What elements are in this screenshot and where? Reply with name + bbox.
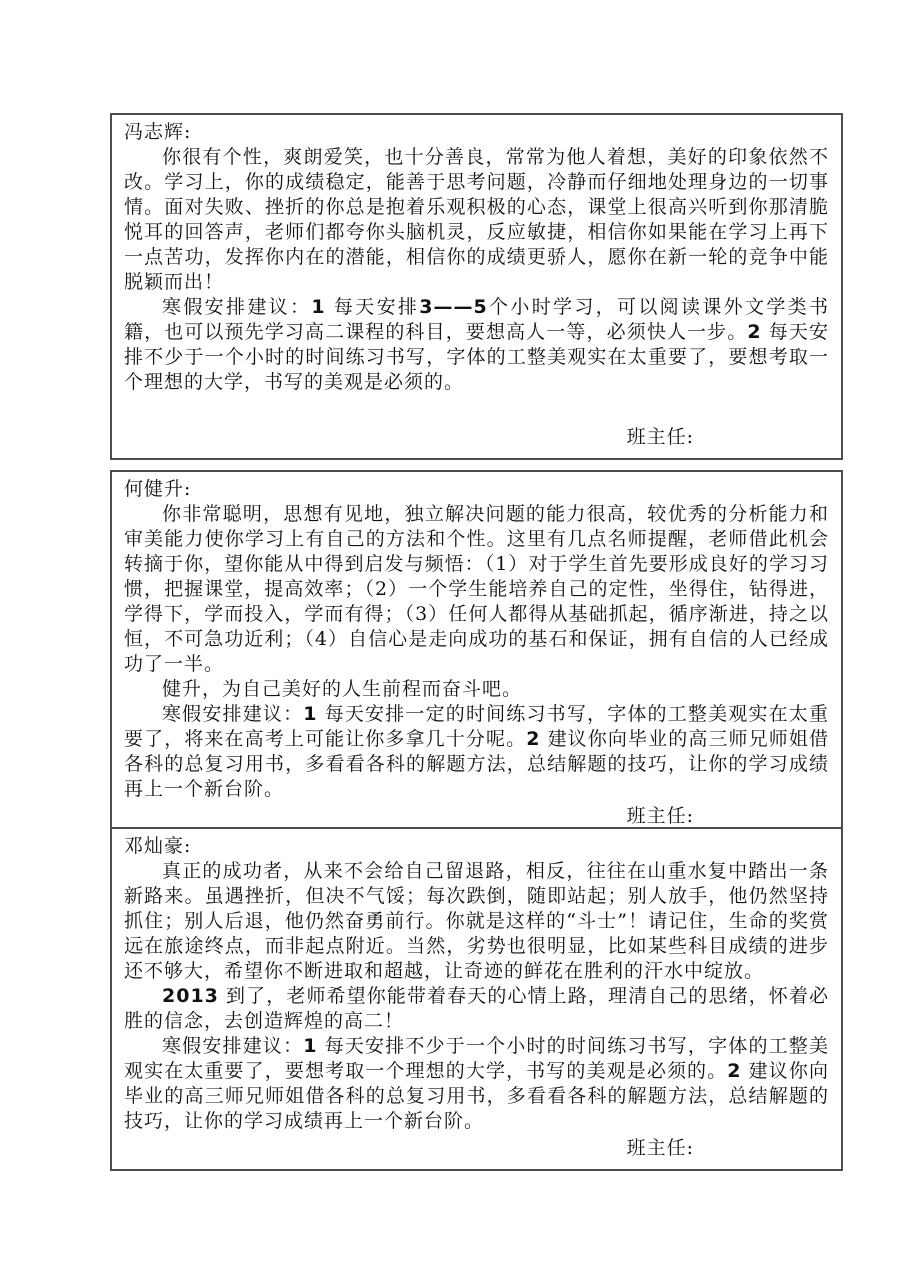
comment-paragraph: 寒假安排建议：1 每天安排3——5个小时学习，可以阅读课外文学类书籍，也可以预先… <box>124 295 829 395</box>
comment-box-feng-zhihui: 冯志辉: 你很有个性，爽朗爱笑，也十分善良，常常为他人着想，美好的印象依然不改。… <box>110 113 843 460</box>
paragraphs: 你非常聪明，思想有见地，独立解决问题的能力很高，较优秀的分析能力和审美能力使你学… <box>124 502 829 802</box>
comment-paragraph: 寒假安排建议：1 每天安排一定的时间练习书写，字体的工整美观实在太重要了，将来在… <box>124 702 829 802</box>
signature-line: 班主任: <box>124 425 829 450</box>
signature-line: 班主任: <box>124 1136 829 1161</box>
student-name: 何健升: <box>124 477 829 502</box>
comment-paragraph: 真正的成功者，从来不会给自己留退路，相反，往往在山重水复中踏出一条新路来。虽遇挫… <box>124 859 829 984</box>
signature-line: 班主任: <box>124 804 829 829</box>
comment-paragraph: 健升，为自己美好的人生前程而奋斗吧。 <box>124 677 829 702</box>
comment-box-he-jiansheng: 何健升: 你非常聪明，思想有见地，独立解决问题的能力很高，较优秀的分析能力和审美… <box>110 470 843 839</box>
comment-paragraph: 2013 到了，老师希望你能带着春天的心情上路，理清自己的思绪，怀着必胜的信念，… <box>124 984 829 1034</box>
comment-paragraph: 你非常聪明，思想有见地，独立解决问题的能力很高，较优秀的分析能力和审美能力使你学… <box>124 502 829 677</box>
comment-paragraph: 寒假安排建议：1 每天安排不少于一个小时的时间练习书写，字体的工整美观实在太重要… <box>124 1034 829 1134</box>
paragraphs: 真正的成功者，从来不会给自己留退路，相反，往往在山重水复中踏出一条新路来。虽遇挫… <box>124 859 829 1134</box>
paragraphs: 你很有个性，爽朗爱笑，也十分善良，常常为他人着想，美好的印象依然不改。学习上，你… <box>124 145 829 395</box>
student-name: 冯志辉: <box>124 120 829 145</box>
student-name: 邓灿豪: <box>124 834 829 859</box>
comment-paragraph: 你很有个性，爽朗爱笑，也十分善良，常常为他人着想，美好的印象依然不改。学习上，你… <box>124 145 829 295</box>
comment-box-deng-canhao: 邓灿豪: 真正的成功者，从来不会给自己留退路，相反，往往在山重水复中踏出一条新路… <box>110 827 843 1171</box>
